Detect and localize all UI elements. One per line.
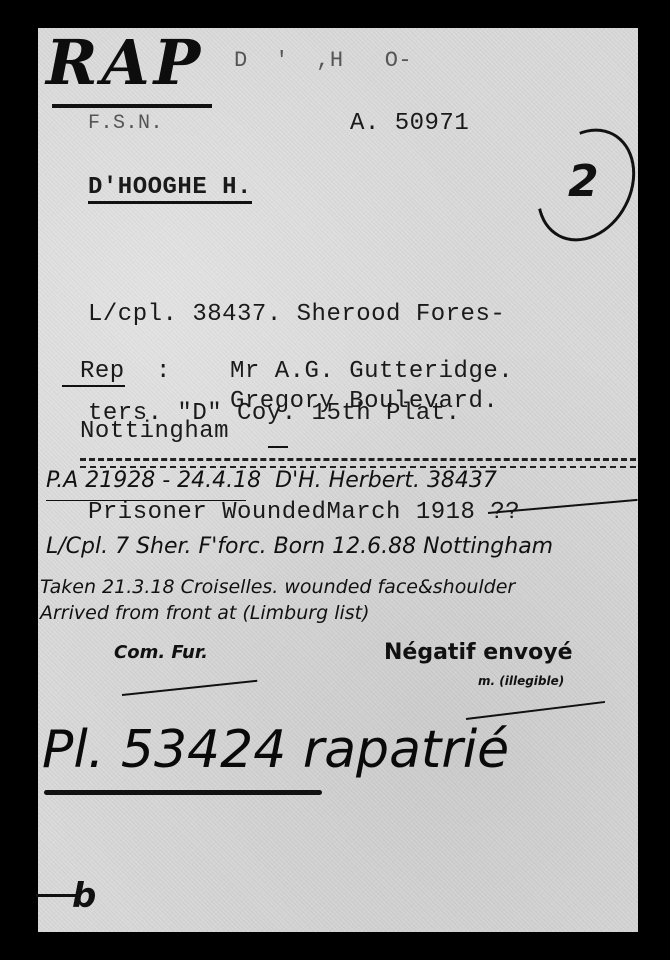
repatriation-note: Pl. 53424 rapatrié bbox=[42, 720, 509, 780]
hand-line-3: Taken 21.3.18 Croiselles. wounded face&s… bbox=[40, 576, 515, 598]
fsn-label: F.S.N. bbox=[88, 112, 163, 135]
index-card: RAP D ' ,H O- F.S.N. A. 50971 2 D'HOOGHE… bbox=[38, 28, 638, 932]
reference-number: A. 50971 bbox=[350, 110, 469, 137]
negatif-sub: m. (illegible) bbox=[478, 674, 564, 688]
hand-line-1: P.A 21928 - 24.4.18 D'H. Herbert. 38437 bbox=[46, 468, 497, 493]
rap-stamp: RAP bbox=[46, 26, 204, 99]
com-label: Com. Fur. bbox=[114, 642, 208, 663]
repatriation-underline bbox=[44, 790, 322, 795]
negatif-label: Négatif envoyé bbox=[384, 640, 573, 665]
detail-line-1: L/cpl. 38437. Sherood Fores- bbox=[88, 298, 520, 331]
bottom-mark-line bbox=[36, 894, 76, 897]
hand-line-1-underline bbox=[46, 500, 246, 501]
hand-line-4: Arrived from front at (Limburg list) bbox=[40, 602, 370, 624]
bottom-mark: b bbox=[72, 876, 96, 916]
circled-number: 2 bbox=[568, 156, 599, 207]
rep-colon: : bbox=[156, 358, 171, 385]
rap-underline bbox=[52, 104, 212, 108]
hand-line-2: L/Cpl. 7 Sher. F'forc. Born 12.6.88 Nott… bbox=[46, 534, 553, 559]
rep-name: Mr A.G. Gutteridge. bbox=[230, 358, 513, 385]
header-letters: D ' ,H O- bbox=[234, 48, 412, 73]
negatif-underline bbox=[466, 701, 605, 720]
city-underline bbox=[268, 446, 288, 448]
rep-street: Gregory Boulevard. bbox=[230, 388, 498, 415]
rep-label: Rep bbox=[62, 358, 125, 387]
rep-city: Nottingham bbox=[80, 418, 229, 445]
com-underline bbox=[122, 680, 257, 696]
surname: D'HOOGHE H. bbox=[88, 174, 252, 204]
separator-line bbox=[80, 458, 636, 461]
